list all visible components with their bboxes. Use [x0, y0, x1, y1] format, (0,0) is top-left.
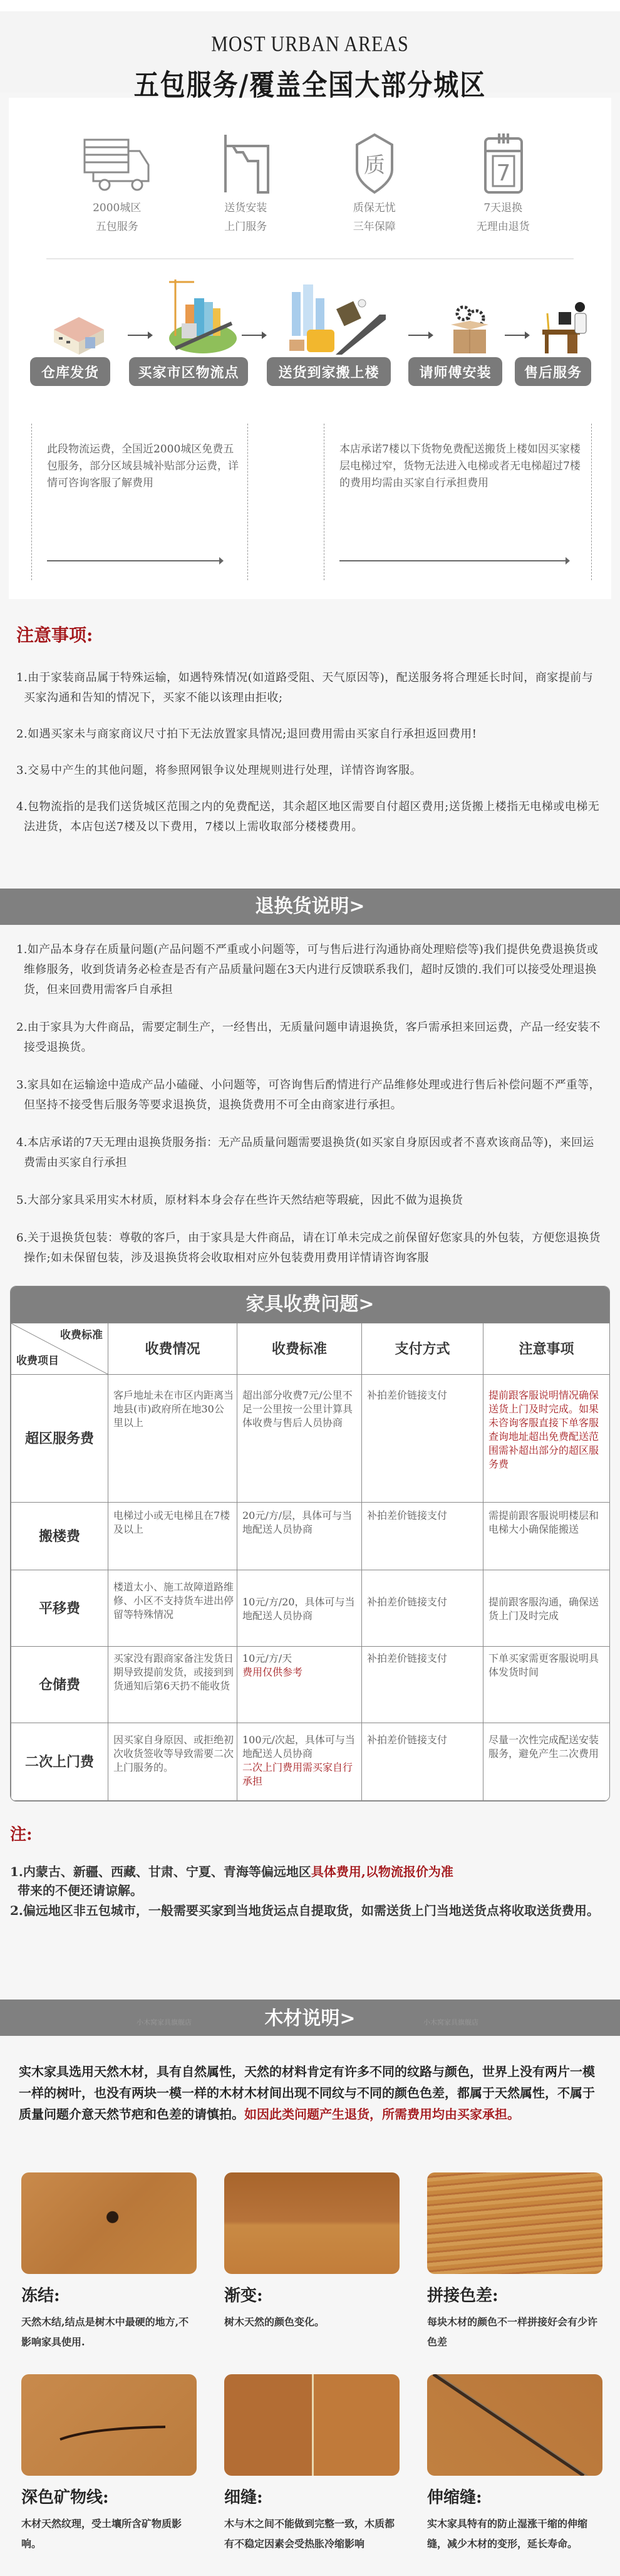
flow-note-left: 此段物流运费，全国近2000城区免费五包服务，部分区域县城补贴部分运费，详情可咨… — [31, 424, 248, 580]
fee-standard-cell: 10元/方/天 费用仅供参考 — [237, 1647, 362, 1723]
fee-note: 提前跟客服沟通，确保送货上门及时完成 — [483, 1570, 610, 1647]
mineral-line-icon — [21, 2374, 197, 2476]
fee-table-card: 家具收费问题> 收费标准 收费项目 收费情况 收费标准 支付方式 注意事项 超区… — [10, 1286, 610, 1802]
wood-card-gradient: 渐变: 树木天然的颜色变化。 — [224, 2172, 400, 2374]
expansion-joint-icon — [427, 2374, 602, 2476]
fee-section-header: 家具收费问题> — [11, 1286, 609, 1323]
fee-payment: 补拍差价链接支付 — [362, 1570, 483, 1647]
flow-note-left-text: 此段物流运费，全国近2000城区免费五包服务，部分区域县城补贴部分运费，详情可咨… — [32, 424, 247, 492]
wood-card-desc: 每块木材的颜色不一样拼接好会有少许色差 — [427, 2312, 602, 2352]
returns-item: 3.家具如在运输途中造成产品小磕碰、小问题等，可咨询售后酌情进行产品维修处理或进… — [16, 1075, 604, 1115]
returns-item: 6.关于退换货包装：尊敬的客戶，由于家具是大件商品，请在订单未完成之前保留好您家… — [16, 1228, 604, 1268]
wood-expansion-image — [427, 2374, 602, 2476]
service-policy-page: MOST URBAN AREAS 五包服务/覆盖全国大部分城区 2000城区 五… — [0, 0, 620, 2576]
fee-situation: 电梯过小或无电梯且在7楼及以上 — [108, 1503, 237, 1570]
service-return-line2: 无理由退货 — [456, 219, 550, 235]
service-quality: 质 质保无忧 三年保障 — [328, 132, 421, 235]
flow-arrow-icon — [505, 335, 529, 336]
fee-title: 家具收费问题> — [245, 1293, 374, 1315]
flow-step-warehouse: 仓库发货 — [30, 357, 110, 386]
city-logistics-image — [163, 273, 238, 355]
service-delivery: 2000城区 五包服务 — [70, 132, 164, 235]
fee-note: 下单买家需更客服说明具体发货时间 — [483, 1647, 610, 1723]
service-delivery-line1: 2000城区 — [70, 200, 164, 216]
warehouse-image — [48, 305, 110, 355]
fee-situation: 买家没有跟商家备注发货日期导致提前发货，或接到到货通知后第6天扔不能收货 — [108, 1647, 237, 1723]
service-install-line2: 上门服务 — [199, 219, 292, 235]
wood-card-crack: 细缝: 木与木之间不能做到完整一致，木质都有不稳定因素会受热胀冷缩影响 — [224, 2374, 400, 2576]
watermark-text: 小木窝家具旗舰店 — [423, 2003, 478, 2042]
fee-item: 超区服务费 — [11, 1375, 108, 1503]
wood-card-title: 冻结: — [21, 2283, 197, 2306]
service-install-line1: 送货安装 — [199, 200, 292, 216]
returns-section-header: 退换货说明> — [0, 889, 620, 925]
wood-intro-highlight: 如因此类问题产生退货，所需费用均由买家承担。 — [244, 2107, 520, 2122]
flow-note-right: 本店承诺7楼以下货物免费配送搬货上楼如因买家楼层电梯过窄，货物无法进入电梯或者无… — [324, 424, 592, 580]
remark-item: 1.内蒙古、新疆、西藏、甘肃、宁夏、青海等偏远地区具体费用,以物流报价为准 带来… — [10, 1862, 610, 1900]
arrow-right-icon — [339, 560, 569, 561]
service-quality-line2: 三年保障 — [328, 219, 421, 235]
wood-gradient-image — [224, 2172, 400, 2274]
fee-item: 搬楼费 — [11, 1503, 108, 1570]
returns-item: 4.本店承诺的7天无理由退换货服务指：无产品质量问题需要退换货(如买家自身原因或… — [16, 1133, 604, 1173]
fee-standard: 超出部分收费7元/公里不足一公里按一公里计算具体收费与售后人员协商 — [237, 1375, 362, 1503]
fee-standard: 10元/方/20，具体可与当地配送人员协商 — [237, 1570, 362, 1647]
wood-mineral-image — [21, 2374, 197, 2476]
fee-table-header-row: 收费标准 收费项目 收费情况 收费标准 支付方式 注意事项 — [11, 1323, 610, 1375]
truck-icon — [80, 132, 155, 195]
fee-standard-note: 二次上门费用需买家自行承担 — [242, 1761, 358, 1788]
fee-row: 超区服务费 客戶地址未在市区内距离当地县(市)政府所在地30公里以上 超出部分收… — [11, 1375, 610, 1503]
remark-title: 注: — [10, 1822, 610, 1845]
fee-note: 需提前跟客服说明楼层和电梯大小确保能搬送 — [483, 1503, 610, 1570]
service-install: 送货安装 上门服务 — [199, 132, 292, 235]
wood-card-knot: 冻结: 天然木结,结点是树木中最硬的地方,不影响家具使用. — [21, 2172, 197, 2374]
service-card: 2000城区 五包服务 送货安装 上门服务 质 质保无忧 三年保障 — [9, 98, 611, 599]
remark-item: 2.偏远地区非五包城市，一般需要买家到当地货运点自提取货，如需送货上门当地送货点… — [10, 1901, 610, 1920]
wood-card-desc: 实木家具特有的防止湿涨干缩的伸缩缝，减少木材的变形，延长寿命。 — [427, 2514, 602, 2554]
drill-icon — [208, 132, 283, 195]
service-return-line1: 7天退换 — [456, 200, 550, 216]
returns-item: 2.由于家具为大件商品，需要定制生产，一经售出，无质量问题申请退换货，客戶需承担… — [16, 1018, 604, 1058]
calendar-7-icon: 7 — [465, 132, 540, 195]
flow-arrow-icon — [128, 335, 152, 336]
fee-item: 仓储费 — [11, 1647, 108, 1723]
remark-item1-text: 1.内蒙古、新疆、西藏、甘肃、宁夏、青海等偏远地区 — [10, 1864, 311, 1879]
flow-step-after-sales: 售后服务 — [515, 357, 591, 386]
notice-item: 1.由于家装商品属于特殊运输，如遇特殊情况(如道路受阻、天气原因等)，配送服务将… — [16, 668, 604, 708]
remark-section: 注: 1.内蒙古、新疆、西藏、甘肃、宁夏、青海等偏远地区具体费用,以物流报价为准… — [0, 1802, 620, 2000]
wood-knot-image — [21, 2172, 197, 2274]
wood-card-desc: 天然木结,结点是树木中最硬的地方,不影响家具使用. — [21, 2312, 197, 2352]
wood-splice-image — [427, 2172, 602, 2274]
fee-situation: 客戶地址未在市区内距离当地县(市)政府所在地30公里以上 — [108, 1375, 237, 1503]
corner-top-label: 收费标准 — [60, 1328, 103, 1342]
service-delivery-line2: 五包服务 — [70, 219, 164, 235]
remark-item1-tail: 带来的不便还请谅解。 — [18, 1883, 143, 1898]
wood-card-expansion: 伸缩缝: 实木家具特有的防止湿涨干缩的伸缩缝，减少木材的变形，延长寿命。 — [427, 2374, 602, 2576]
service-return: 7 7天退换 无理由退货 — [456, 132, 550, 235]
arrow-right-icon — [47, 560, 222, 561]
fee-corner-header: 收费标准 收费项目 — [11, 1323, 108, 1375]
notice-section: 注意事项: 1.由于家装商品属于特殊运输，如遇特殊情况(如道路受阻、天气原因等)… — [0, 599, 620, 884]
fee-payment: 补拍差价链接支付 — [362, 1723, 483, 1801]
notice-title: 注意事项: — [16, 622, 604, 647]
service-quality-line1: 质保无忧 — [328, 200, 421, 216]
wood-title: 木材说明> — [264, 2008, 355, 2030]
install-box-image — [445, 305, 495, 355]
hero-title-en: MOST URBAN AREAS — [0, 32, 620, 56]
flow-arrow-icon — [408, 335, 432, 336]
fee-item: 二次上门费 — [11, 1723, 108, 1801]
flow-arrow-icon — [242, 335, 266, 336]
wood-card-title: 伸缩缝: — [427, 2485, 602, 2508]
fee-note: 尽量一次性完成配送安装服务，避免产生二次费用 — [483, 1723, 610, 1801]
after-sales-image — [539, 298, 595, 355]
wood-crack-image — [224, 2374, 400, 2476]
fee-header-note: 注意事项 — [483, 1323, 610, 1375]
corner-bottom-label: 收费项目 — [16, 1354, 59, 1368]
fee-standard-cell: 100元/次起，具体可与当地配送人员协商 二次上门费用需买家自行承担 — [237, 1723, 362, 1801]
delivery-stairs-image — [286, 279, 392, 355]
wood-card-desc: 树木天然的颜色变化。 — [224, 2312, 400, 2332]
svg-text:质: 质 — [364, 153, 385, 178]
notice-item: 3.交易中产生的其他问题，将参照网银争议处理规则进行处理，详情咨询客服。 — [16, 761, 604, 781]
wood-card-splice: 拼接色差: 每块木材的颜色不一样拼接好会有少许色差 — [427, 2172, 602, 2374]
quality-shield-icon: 质 — [337, 132, 412, 195]
flow-step-delivery: 送货到家搬上楼 — [267, 357, 391, 386]
flow-step-city-logistics: 买家市区物流点 — [129, 357, 248, 386]
fee-table: 收费标准 收费项目 收费情况 收费标准 支付方式 注意事项 超区服务费 客戶地址… — [11, 1323, 610, 1801]
wood-card-title: 拼接色差: — [427, 2283, 602, 2306]
flow-note-right-text: 本店承诺7楼以下货物免费配送搬货上楼如因买家楼层电梯过窄，货物无法进入电梯或者无… — [324, 424, 591, 492]
wood-card-title: 深色矿物线: — [21, 2485, 197, 2508]
watermark-text: 小木窝家具旗舰店 — [137, 2003, 192, 2042]
wood-intro: 实木家具选用天然木材，具有自然属性，天然的材料肯定有许多不同的纹路与颜色，世界上… — [0, 2036, 620, 2172]
fee-payment: 补拍差价链接支付 — [362, 1503, 483, 1570]
fee-situation: 楼道太小、施工故障道路维修、小区不支持货车进出停留等特殊情况 — [108, 1570, 237, 1647]
divider — [46, 258, 574, 259]
returns-item: 1.如产品本身存在质量问题(产品问题不严重或小问题等，可与售后进行沟通协商处理赔… — [16, 940, 604, 1000]
fee-header-payment: 支付方式 — [362, 1323, 483, 1375]
fee-row: 平移费 楼道太小、施工故障道路维修、小区不支持货车进出停留等特殊情况 10元/方… — [11, 1570, 610, 1647]
flow-step-install: 请师傅安装 — [408, 357, 502, 386]
delivery-flow — [15, 286, 605, 355]
svg-text:7: 7 — [497, 160, 511, 186]
wood-card-desc: 木材天然纹理，受土壤所含矿物质影响。 — [21, 2514, 197, 2554]
fee-standard: 10元/方/天 — [242, 1652, 358, 1666]
fee-standard-note: 费用仅供参考 — [242, 1666, 358, 1679]
fee-payment: 补拍差价链接支付 — [362, 1647, 483, 1723]
wood-section-header: 小木窝家具旗舰店 小木窝家具旗舰店 木材说明> — [0, 2000, 620, 2036]
service-icons-row: 2000城区 五包服务 送货安装 上门服务 质 质保无忧 三年保障 — [9, 98, 611, 235]
fee-row: 搬楼费 电梯过小或无电梯且在7楼及以上 20元/方/层，具体可与当地配送人员协商… — [11, 1503, 610, 1570]
wood-card-mineral: 深色矿物线: 木材天然纹理，受土壤所含矿物质影响。 — [21, 2374, 197, 2576]
wood-defects-grid: 冻结: 天然木结,结点是树木中最硬的地方,不影响家具使用. 渐变: 树木天然的颜… — [0, 2172, 620, 2576]
fee-row: 仓储费 买家没有跟商家备注发货日期导致提前发货，或接到到货通知后第6天扔不能收货… — [11, 1647, 610, 1723]
fee-header-standard: 收费标准 — [237, 1323, 362, 1375]
fee-item: 平移费 — [11, 1570, 108, 1647]
hero-header: MOST URBAN AREAS 五包服务/覆盖全国大部分城区 — [0, 0, 620, 93]
flow-step-labels: 仓库发货 买家市区物流点 送货到家搬上楼 请师傅安装 售后服务 — [9, 357, 611, 388]
wood-card-desc: 木与木之间不能做到完整一致，木质都有不稳定因素会受热胀冷缩影响 — [224, 2514, 400, 2554]
remark-item1-highlight: 具体费用,以物流报价为准 — [311, 1864, 453, 1879]
fee-standard: 100元/次起，具体可与当地配送人员协商 — [242, 1733, 358, 1761]
returns-item: 5.大部分家具采用实木材质，原材料本身会存在些许天然结疤等瑕疵，因此不做为退换货 — [16, 1191, 604, 1211]
fee-payment: 补拍差价链接支付 — [362, 1375, 483, 1503]
returns-title: 退换货说明> — [255, 895, 364, 917]
fee-note: 提前跟客服说明情况确保送货上门及时完成。如果未咨询客服直接下单客服查询地址超出免… — [483, 1375, 610, 1503]
wood-card-title: 渐变: — [224, 2283, 400, 2306]
notice-item: 4.包物流指的是我们送货城区范围之内的免费配送，其余超区地区需要自付超区费用;送… — [16, 797, 604, 837]
wood-card-title: 细缝: — [224, 2485, 400, 2508]
notice-item: 2.如遇买家未与商家商议尺寸拍下无法放置家具情况;退回费用需由买家自行承担返回费… — [16, 724, 604, 744]
fee-standard: 20元/方/层，具体可与当地配送人员协商 — [237, 1503, 362, 1570]
fee-situation: 因买家自身原因、或拒绝初次收货签收等导致需要二次上门服务的。 — [108, 1723, 237, 1801]
fee-header-situation: 收费情况 — [108, 1323, 237, 1375]
fee-row: 二次上门费 因买家自身原因、或拒绝初次收货签收等导致需要二次上门服务的。 100… — [11, 1723, 610, 1801]
returns-section: 1.如产品本身存在质量问题(产品问题不严重或小问题等，可与售后进行沟通协商处理赔… — [0, 925, 620, 1268]
